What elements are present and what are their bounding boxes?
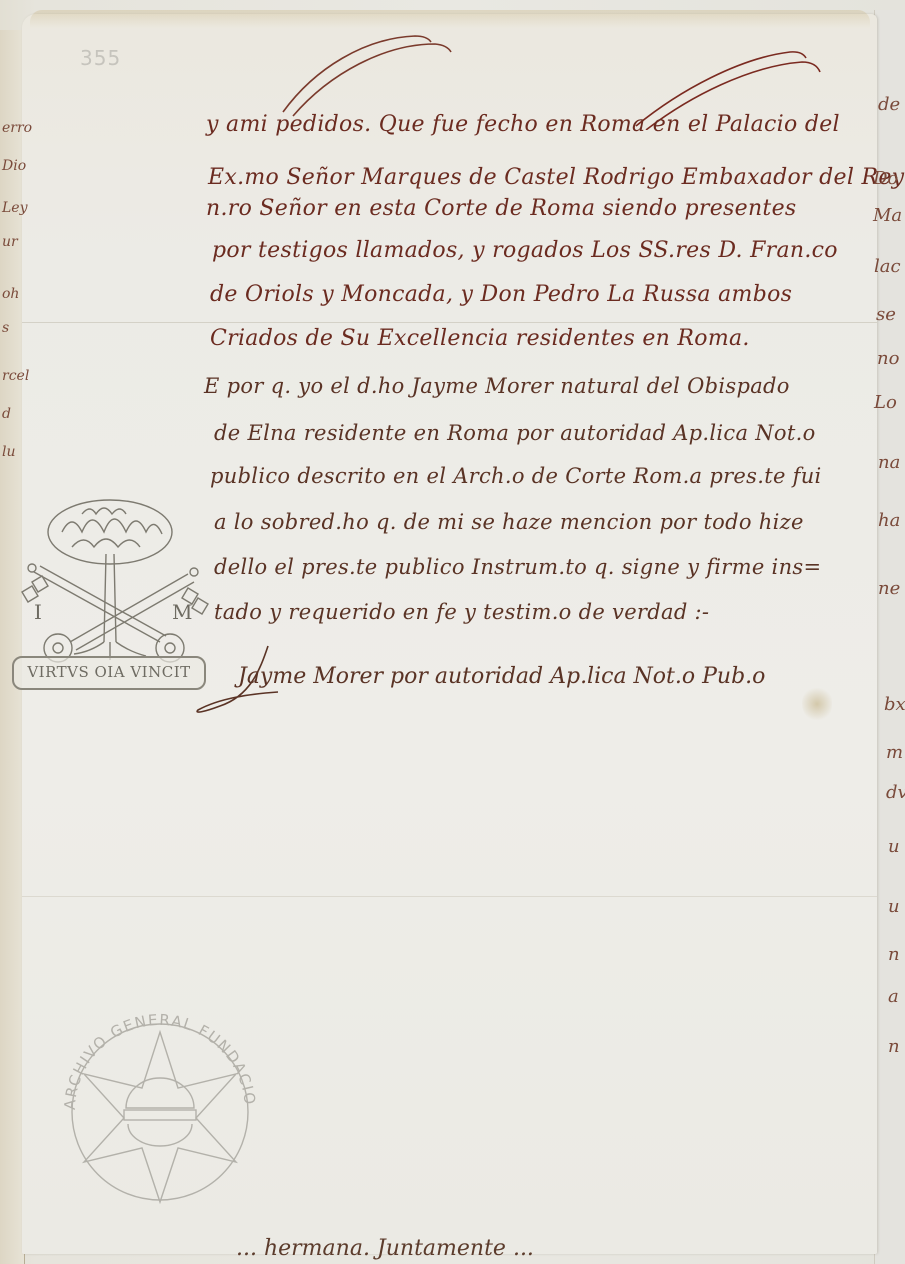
adjacent-page-fragment: ha [878,510,900,531]
adjacent-page-fragment: u [888,836,900,857]
text-line: Criados de Su Excellencia residentes en … [210,326,750,351]
adjacent-page-fragment: Ma [873,205,902,226]
top-edge-stain [30,10,870,28]
notary-initial-left: I [34,600,42,624]
text-line: Ex.mo Señor Marques de Castel Rodrigo Em… [208,165,904,190]
text-line: y ami pedidos. Que fue fecho en Roma en … [206,112,840,137]
notary-line: dello el pres.te publico Instrum.to q. s… [214,555,821,579]
text-line: de Oriols y Moncada, y Don Pedro La Russ… [210,282,792,307]
left-page-fragment: Ley [2,200,28,216]
archive-stamp-text: ARCHIVO GENERAL FUNDACION CASA MEDINA SI… [40,990,259,1110]
left-page-fragment: rcel [2,368,29,384]
pen-flourish-left [275,28,455,118]
left-page-fragment: ur [2,234,18,250]
adjacent-page-fragment: de [878,94,900,115]
adjacent-page-fragment: a [888,986,899,1007]
adjacent-page-fragment: ne [878,578,900,599]
notary-line: a lo sobred.ho q. de mi se haze mencion … [214,510,804,534]
left-page-fragment: erro [2,120,32,136]
adjacent-page-fragment: m [886,742,903,763]
text-line: n.ro Señor en esta Corte de Roma siendo … [206,196,796,221]
left-page-fragment: d [2,406,11,422]
left-page-fragment: lu [2,444,16,460]
notary-signature: Jayme Morer por autoridad Ap.lica Not.o … [238,664,765,689]
water-stain [802,686,832,722]
adjacent-page-fragment: u [888,896,900,917]
left-page-fragment: oh [2,286,19,302]
notary-line: tado y requerido en fe y testim.o de ver… [214,600,709,624]
next-page-fragment: ... hermana. Juntamente ... [236,1236,534,1261]
adjacent-page-fragment: Do [873,168,898,189]
adjacent-page-fragment: Lo [874,392,897,413]
adjacent-page-fragment: bx [884,694,905,715]
folio-number: 355 [80,46,121,70]
adjacent-page-fragment: dv [886,782,905,803]
adjacent-page-fragment: no [877,348,899,369]
archive-stamp-star-icon: ARCHIVO GENERAL FUNDACION CASA MEDINA SI… [40,990,280,1220]
notary-line: publico descrito en el Arch.o de Corte R… [210,464,822,488]
right-adjacent-page [874,10,905,1264]
adjacent-page-fragment: na [878,452,900,473]
adjacent-page-fragment: n [888,1036,900,1057]
svg-text:ARCHIVO GENERAL FUNDACION CASA: ARCHIVO GENERAL FUNDACION CASA MEDINA SI… [40,990,259,1110]
notary-line: E por q. yo el d.ho Jayme Morer natural … [204,374,790,398]
notary-initial-right: M [172,600,192,624]
left-page-fragment: s [2,320,9,336]
notary-line: de Elna residente en Roma por autoridad … [214,421,816,445]
adjacent-page-fragment: lac [874,256,901,277]
text-line: por testigos llamados, y rogados Los SS.… [212,238,838,263]
adjacent-page-fragment: se [876,304,896,325]
adjacent-page-fragment: n [888,944,900,965]
left-page-fragment: Dio [2,158,26,174]
fold-line-lower [22,896,877,897]
notary-motto-banner: VIRTVS OIA VINCIT [12,656,206,690]
fold-line [22,322,877,323]
